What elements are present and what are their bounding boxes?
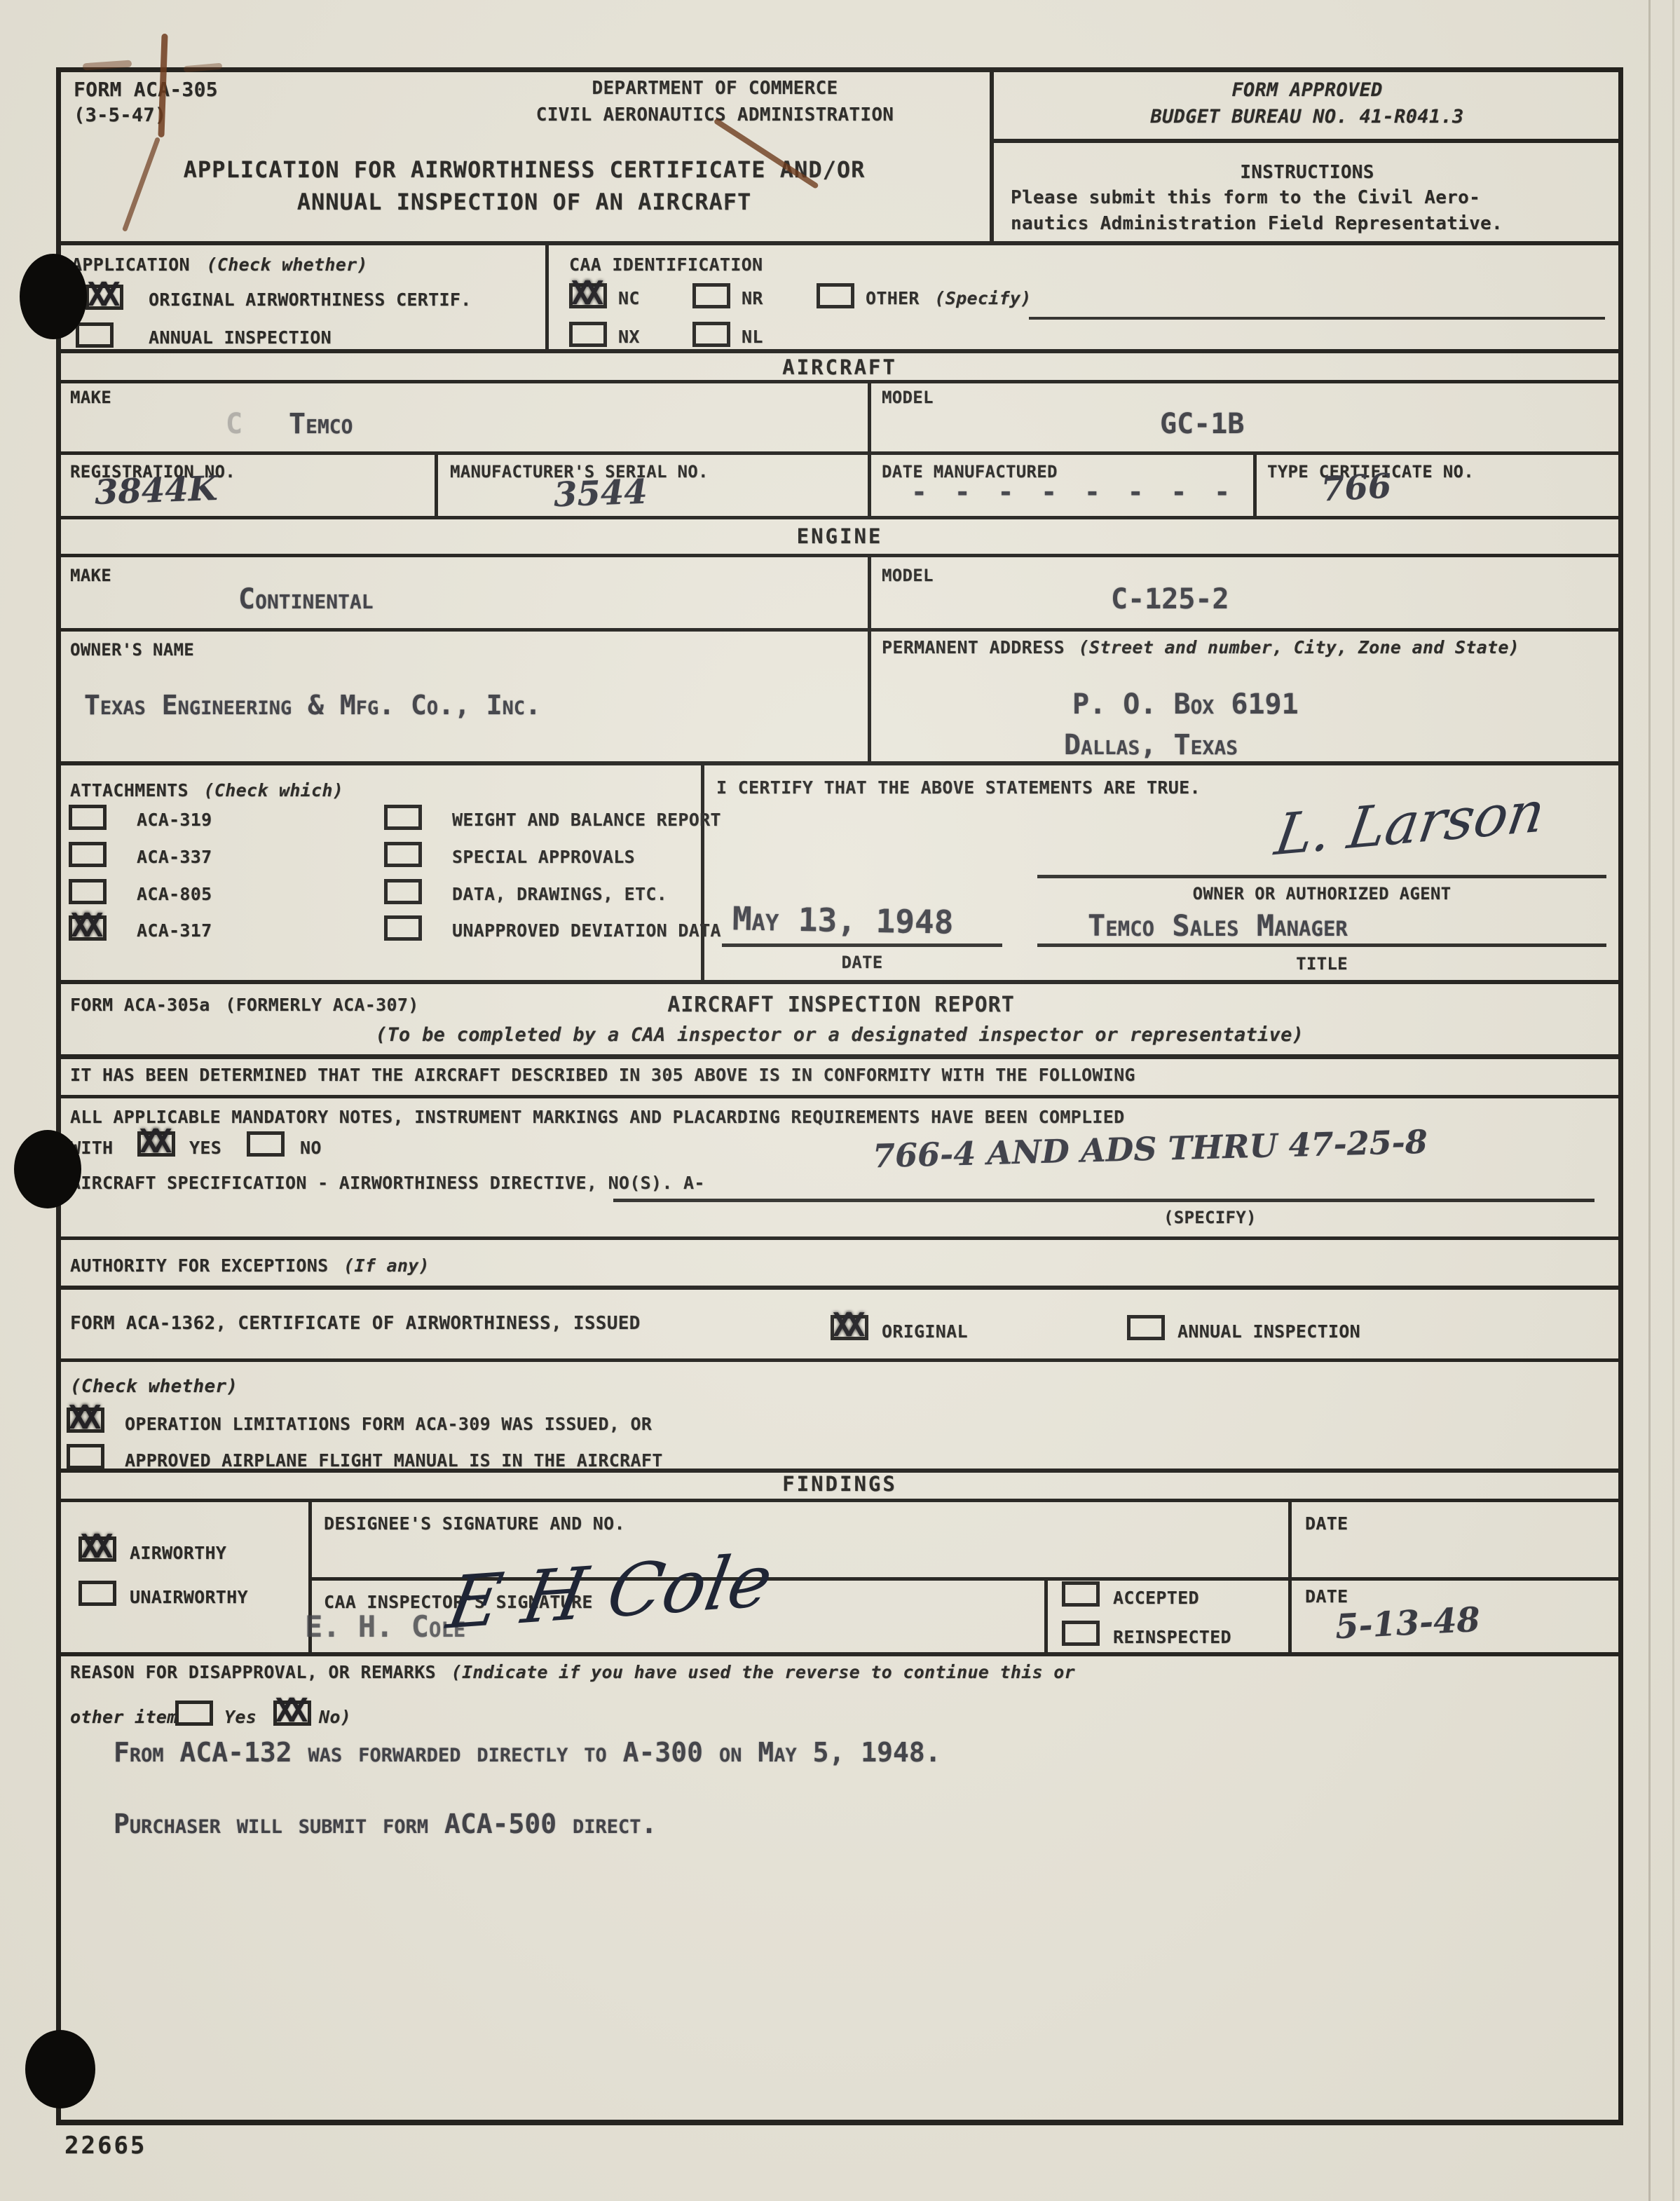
checkbox-data-drawings[interactable] [384,879,422,904]
caa-inspector-typed-name: E. H. Cole [305,1609,465,1644]
owners-name-label: OWNER'S NAME [70,639,194,660]
rule [868,632,871,761]
rule [1288,1502,1292,1652]
rule [868,455,871,516]
rule [56,980,1623,984]
instructions-body-line2: nautics Administration Field Representat… [1011,212,1503,236]
rule [56,628,1623,632]
checkbox-1362-original[interactable]: XX [831,1315,868,1340]
checkbox-accepted[interactable] [1062,1581,1100,1607]
aircraft-model-value: GC-1B [1160,408,1244,440]
rule [56,761,1623,765]
nx-label: NX [618,326,640,348]
registration-no-value: 3844K [94,469,218,512]
rule [56,1652,1623,1656]
checkbox-mark: XX [88,278,114,311]
attachments-label: ATTACHMENTS [70,780,189,800]
determined-statement: IT HAS BEEN DETERMINED THAT THE AIRCRAFT… [70,1064,1135,1086]
remarks-line1: From ACA-132 was forwarded directly to A… [114,1737,941,1768]
rule [56,516,1623,519]
certify-title-value: Temco Sales Manager [1088,908,1348,943]
checkbox-complied-no[interactable] [247,1131,285,1157]
rule [868,557,871,628]
aca-1362-label: FORM ACA-1362, CERTIFICATE OF AIRWORTHIN… [70,1312,641,1335]
aircraft-make-value: Temco [289,408,353,440]
rule [56,2120,1623,2125]
aca-319-label: ACA-319 [137,809,212,831]
aircraft-make-label: MAKE [70,387,111,408]
other-specify-label: OTHER (Specify) [866,287,1032,309]
form-number: FORM ACA-305 [74,77,218,102]
title-caption: TITLE [1037,953,1606,974]
checkbox-weight-balance-report[interactable] [384,805,422,830]
checkbox-aca-317[interactable]: XX [69,915,107,941]
reinspected-label: REINSPECTED [1113,1626,1231,1648]
checkbox-mark: XX [81,1530,107,1562]
aircraft-section-header: AIRCRAFT [56,355,1623,379]
checkbox-other[interactable] [817,283,854,308]
aca-317-label: ACA-317 [137,920,212,941]
pen-mark [122,137,161,232]
engine-make-label: MAKE [70,565,111,586]
nl-label: NL [742,326,763,348]
inspection-date-label: DATE [1305,1586,1348,1607]
permanent-address-line2: Dallas, Texas [1064,729,1238,761]
check-whether-hint: (Check whether) [70,1375,238,1398]
checkbox-operation-limitations[interactable]: XX [67,1408,104,1433]
specify-hint: (Specify) [934,288,1031,308]
rule [56,1499,1623,1502]
checkbox-reverse-no[interactable]: XX [273,1701,311,1726]
address-label: PERMANENT ADDRESS [882,637,1065,657]
checkbox-1362-annual-inspection[interactable] [1127,1315,1165,1340]
attachments-section-label: ATTACHMENTS (Check which) [70,779,343,801]
engine-model-value: C-125-2 [1111,583,1229,615]
scanned-form-page: FORM ACA-305 (3-5-47) DEPARTMENT OF COMM… [0,0,1680,2201]
checkbox-nl[interactable] [692,322,730,347]
page-title-line1: APPLICATION FOR AIRWORTHINESS CERTIFICAT… [62,156,987,184]
designee-signature-label: DESIGNEE'S SIGNATURE AND NO. [324,1513,625,1534]
airworthy-label: AIRWORTHY [130,1542,226,1564]
flight-manual-label: APPROVED AIRPLANE FLIGHT MANUAL IS IN TH… [125,1450,663,1471]
checkbox-mark: XX [275,1694,301,1726]
scan-edge-line [1648,0,1651,2201]
complied-statement: ALL APPLICABLE MANDATORY NOTES, INSTRUME… [70,1106,1124,1128]
checkbox-airworthy[interactable]: XX [78,1536,116,1562]
checkbox-mark: XX [571,277,597,309]
other-label: OTHER [866,288,920,308]
instructions-title: INSTRUCTIONS [994,161,1620,184]
special-approvals-label: SPECIAL APPROVALS [452,846,635,868]
owner-or-authorized-agent-caption: OWNER OR AUTHORIZED AGENT [1037,883,1606,904]
1362-original-label: ORIGINAL [882,1321,968,1342]
authority-label: AUTHORITY FOR EXCEPTIONS [70,1255,328,1276]
checkbox-mark: XX [833,1309,859,1341]
attachments-hint: (Check which) [204,780,344,800]
rule [56,1358,1623,1362]
checkbox-unairworthy[interactable] [78,1581,116,1606]
unapproved-deviation-data-label: UNAPPROVED DEVIATION DATA [452,920,721,941]
annual-inspection-label: ANNUAL INSPECTION [149,327,332,348]
aca-337-label: ACA-337 [137,846,212,868]
rule [868,383,871,451]
hole-punch-top [20,254,87,339]
rule [56,1286,1623,1290]
authority-hint: (If any) [343,1255,430,1276]
rule [56,349,1623,353]
rule [990,139,1623,143]
findings-section-header: FINDINGS [56,1472,1623,1496]
page-title-line2: ANNUAL INSPECTION OF AN AIRCRAFT [62,188,987,216]
nr-label: NR [742,287,763,309]
aircraft-make-ghost: C [226,408,243,440]
checkbox-mark: XX [71,909,97,941]
checkbox-nx[interactable] [569,322,607,347]
weight-balance-report-label: WEIGHT AND BALANCE REPORT [452,809,721,831]
rule [56,451,1623,455]
hole-punch-middle [14,1130,81,1208]
rule [701,765,704,980]
1362-annual-inspection-label: ANNUAL INSPECTION [1177,1321,1360,1342]
inspection-report-subheading: (To be completed by a CAA inspector or a… [56,1023,1623,1047]
application-label: APPLICATION [71,254,190,275]
permanent-address-line1: P. O. Box 6191 [1072,688,1299,721]
permanent-address-label: PERMANENT ADDRESS (Street and number, Ci… [882,636,1604,658]
rule [56,1054,1623,1059]
type-certificate-no-value: 766 [1320,466,1393,509]
remarks-line2: Purchaser will submit form ACA-500 direc… [114,1808,657,1839]
address-hint: (Street and number, City, Zone and State… [1079,637,1519,657]
original-airworthiness-certif-label: ORIGINAL AIRWORTHINESS CERTIF. [149,289,472,311]
rule [56,380,1623,383]
owner-signature-field[interactable] [1037,875,1606,878]
rule [1253,455,1257,516]
checkbox-unapproved-deviation-data[interactable] [384,915,422,941]
engine-section-header: ENGINE [56,524,1623,548]
checkbox-reverse-yes[interactable] [175,1701,213,1726]
scan-edge-line [1672,0,1674,2201]
operation-limitations-label: OPERATION LIMITATIONS FORM ACA-309 WAS I… [125,1413,652,1435]
aircraft-specification-label: AIRCRAFT SPECIFICATION - AIRWORTHINESS D… [70,1172,705,1194]
checkbox-annual-inspection[interactable] [76,322,114,348]
checkbox-aca-337[interactable] [69,842,107,867]
certify-statement: I CERTIFY THAT THE ABOVE STATEMENTS ARE … [716,777,1201,798]
instructions-body-line1: Please submit this form to the Civil Aer… [1011,186,1480,210]
authority-exceptions-label: AUTHORITY FOR EXCEPTIONS (If any) [70,1255,430,1276]
complied-yes-label: YES [189,1137,221,1159]
certify-date-value: May 13, 1948 [732,899,954,941]
reverse-yes-label: Yes [224,1706,257,1728]
unairworthy-label: UNAIRWORTHY [130,1586,248,1608]
checkbox-nr[interactable] [692,283,730,308]
complied-no-label: NO [300,1137,322,1159]
other-specify-field[interactable] [1029,317,1605,320]
remarks-header-line1: REASON FOR DISAPPROVAL, OR REMARKS (Indi… [70,1661,1075,1683]
date-caption: DATE [722,952,1002,973]
rule [545,245,549,349]
owners-name-value: Texas Engineering & Mfg. Co., Inc. [84,690,541,721]
checkbox-special-approvals[interactable] [384,842,422,867]
checkbox-mark: XX [139,1125,165,1157]
aca-805-label: ACA-805 [137,883,212,905]
form-approved-line1: FORM APPROVED [994,79,1620,102]
rule [56,1095,1623,1098]
engine-make-value: Continental [238,583,374,615]
checkbox-reinspected[interactable] [1062,1621,1100,1646]
application-hint: (Check whether) [207,254,368,275]
data-drawings-label: DATA, DRAWINGS, ETC. [452,883,667,905]
aircraft-model-label: MODEL [882,387,934,408]
form-approved-line2: BUDGET BUREAU NO. 41-R041.3 [994,105,1620,129]
specify-caption: (SPECIFY) [1163,1207,1257,1228]
checkbox-mark: XX [69,1401,95,1433]
rule [1044,1581,1048,1652]
owner-signature: L. Larson [1271,778,1549,868]
remarks-hint1: (Indicate if you have used the reverse t… [451,1662,1075,1682]
aircraft-specification-value: 766-4 AND ADS THRU 47-25-8 [872,1123,1428,1176]
hole-punch-bottom [25,2030,95,2108]
serial-stamp: 22665 [64,2131,146,2161]
caa-identification-label: CAA IDENTIFICATION [569,254,763,275]
aircraft-specification-field[interactable] [613,1199,1594,1202]
inspection-formerly: (FORMERLY ACA-307) [225,995,418,1015]
certify-date-field[interactable] [722,943,1002,947]
rule [56,241,1623,245]
nc-label: NC [618,287,640,309]
date-manufactured-value: - - - - - - - - [911,477,1236,507]
checkbox-nc[interactable]: XX [569,283,607,308]
rule [56,554,1623,557]
remarks-hint2: other item [70,1706,178,1728]
inspection-form-number: FORM ACA-305a (FORMERLY ACA-307) [70,994,419,1016]
rule [56,1236,1623,1240]
form-revision-date: (3-5-47) [74,104,166,128]
checkbox-complied-yes[interactable]: XX [137,1131,175,1157]
designee-date-label: DATE [1305,1513,1348,1534]
rule [56,67,1623,72]
inspection-form-prefix: FORM ACA-305a [70,995,210,1015]
inspection-date-value: 5-13-48 [1334,1600,1481,1647]
manufacturers-serial-no-value: 3544 [553,472,648,515]
inspection-report-heading: AIRCRAFT INSPECTION REPORT [491,992,1191,1018]
checkbox-aca-805[interactable] [69,879,107,904]
engine-model-label: MODEL [882,565,934,586]
accepted-label: ACCEPTED [1113,1587,1199,1609]
reverse-no-label: No) [319,1706,351,1728]
checkbox-aca-319[interactable] [69,805,107,830]
rule [435,455,438,516]
certify-title-field[interactable] [1037,943,1606,947]
remarks-label: REASON FOR DISAPPROVAL, OR REMARKS [70,1662,436,1682]
application-section-label: APPLICATION (Check whether) [71,254,368,275]
checkbox-flight-manual[interactable] [67,1444,104,1469]
checkbox-original-airworthiness-certif[interactable]: XX [86,285,123,310]
caa-inspector-signature: E H Cole [442,1539,779,1646]
